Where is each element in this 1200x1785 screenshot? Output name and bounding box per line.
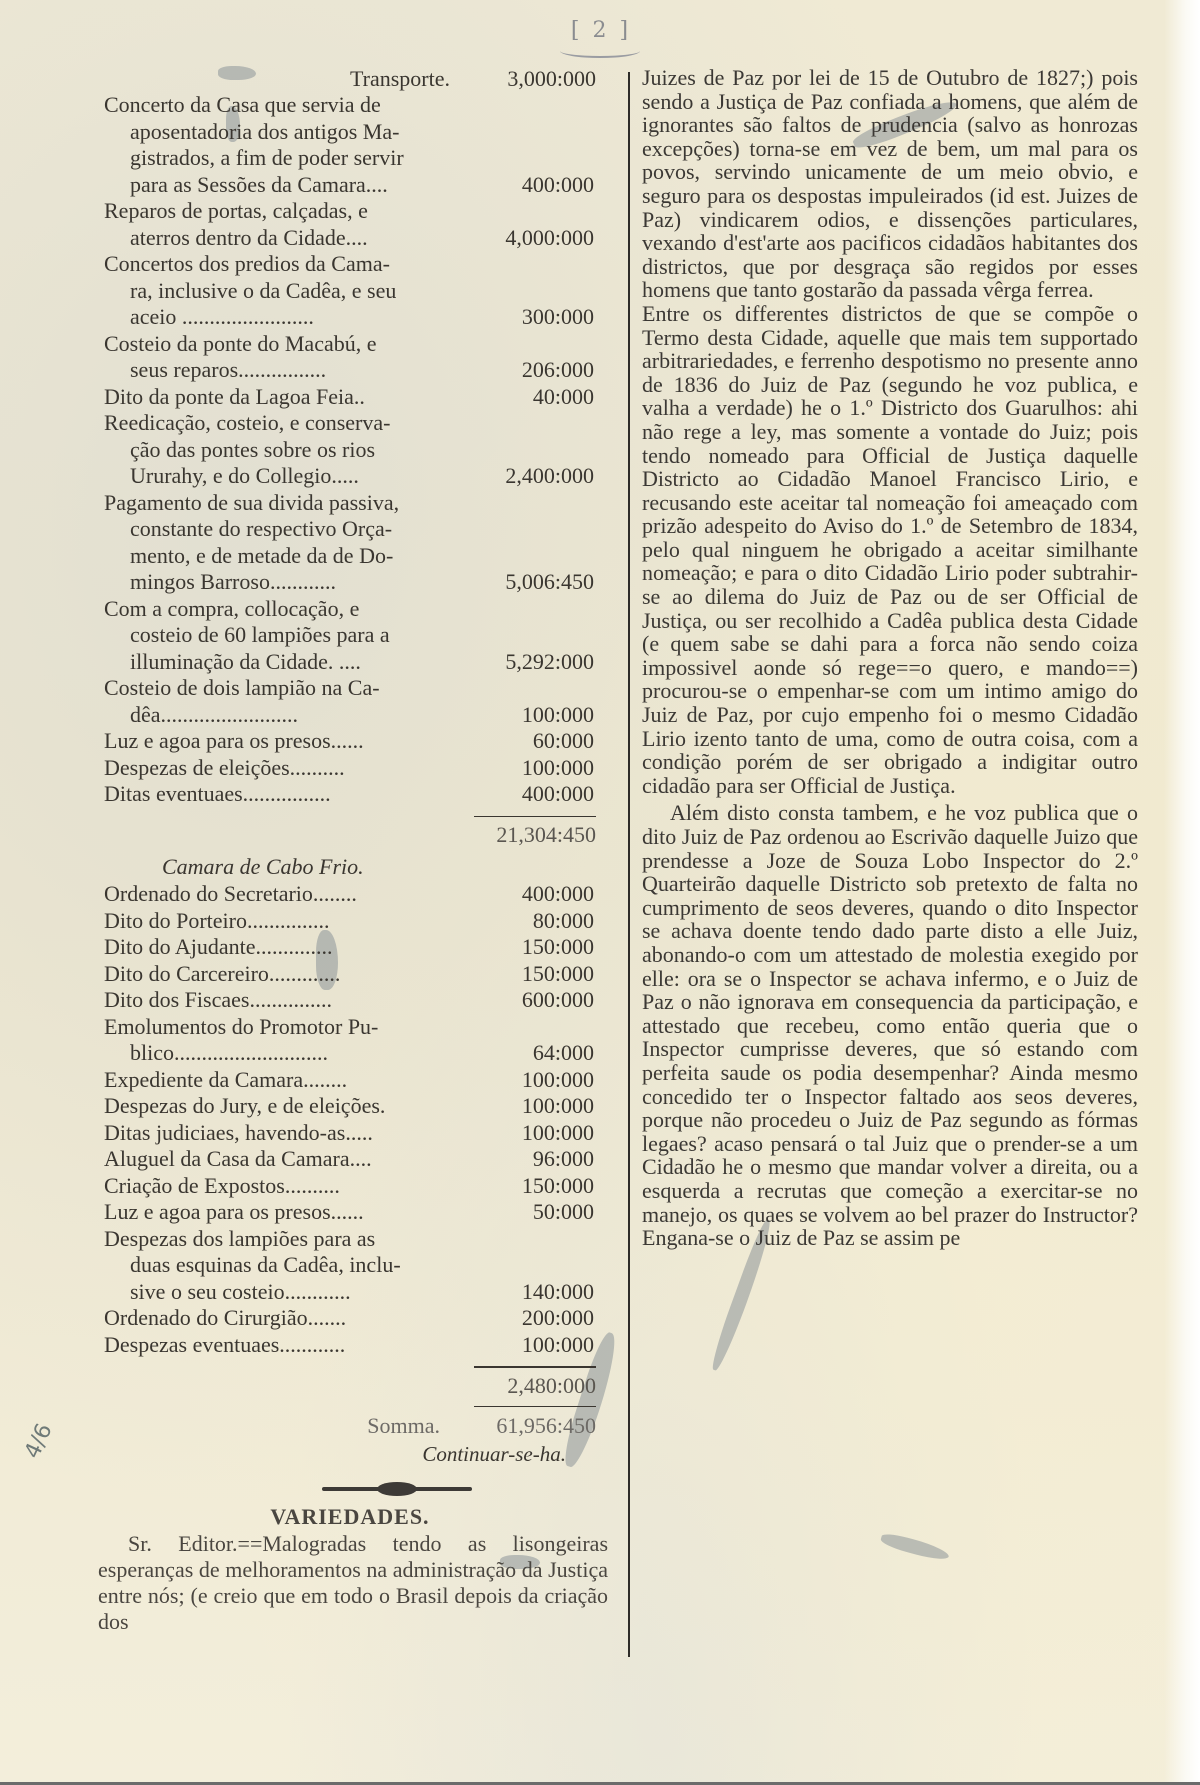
section-ornament bbox=[322, 1487, 472, 1491]
budget-column: Transporte. 3,000:000 Concerto da Casa q… bbox=[104, 66, 596, 1635]
expense-row: Reedicação, costeio, e conserva-ção das … bbox=[104, 410, 596, 490]
description-line: Com a compra, collocação, e bbox=[104, 596, 456, 623]
description-line: Despezas do Jury, e de eleições. bbox=[104, 1093, 456, 1120]
description-line: mento, e de metade da de Do- bbox=[104, 543, 456, 570]
subtotal-campos: 21,304:450 bbox=[104, 821, 596, 849]
expense-row: Expediente da Camara........100:000 bbox=[104, 1067, 596, 1094]
expense-row: Ditas judiciaes, havendo-as.....100:000 bbox=[104, 1120, 596, 1147]
description-line: aposentadoria dos antigos Ma- bbox=[104, 119, 456, 146]
description-line: Ditas judiciaes, havendo-as..... bbox=[104, 1120, 456, 1147]
description-line: costeio de 60 lampiões para a bbox=[104, 622, 456, 649]
expense-row: Luz e agoa para os presos......60:000 bbox=[104, 728, 596, 755]
description-line: aceio ........................ bbox=[104, 304, 456, 331]
expense-description: Luz e agoa para os presos...... bbox=[104, 728, 456, 755]
expense-description: Criação de Expostos.......... bbox=[104, 1173, 456, 1200]
expense-row: Reparos de portas, calçadas, eaterros de… bbox=[104, 198, 596, 251]
expense-row: Despezas de eleições..........100:000 bbox=[104, 755, 596, 782]
varieties-text: Sr. Editor.==Malogradas tendo as lisonge… bbox=[98, 1531, 608, 1635]
description-line: Dito da ponte da Lagoa Feia.. bbox=[104, 384, 456, 411]
article-paragraph-1: Juizes de Paz por lei de 15 de Outubro d… bbox=[642, 66, 1138, 302]
expense-description: Com a compra, collocação, ecosteio de 60… bbox=[104, 596, 456, 676]
expense-row: Despezas dos lampiões para asduas esquin… bbox=[104, 1226, 596, 1306]
description-line: sive o seu costeio............ bbox=[104, 1279, 456, 1306]
expense-row: Ordenado do Cirurgião.......200:000 bbox=[104, 1305, 596, 1332]
expense-amount: 64:000 bbox=[456, 1040, 596, 1067]
expense-row: Ordenado do Secretario........400:000 bbox=[104, 881, 596, 908]
expense-amount: 100:000 bbox=[456, 755, 596, 782]
expense-description: Ditas eventuaes................ bbox=[104, 781, 456, 808]
page-edge bbox=[1164, 0, 1200, 1785]
description-line: Ordenado do Secretario........ bbox=[104, 881, 456, 908]
description-line: Concertos dos predios da Cama- bbox=[104, 251, 456, 278]
description-line: Ditas eventuaes................ bbox=[104, 781, 456, 808]
expense-description: Dito do Carcereiro............. bbox=[104, 961, 456, 988]
expense-row: Luz e agoa para os presos......50:000 bbox=[104, 1199, 596, 1226]
stain bbox=[879, 1531, 950, 1563]
expense-description: Despezas eventuaes............ bbox=[104, 1332, 456, 1359]
description-line: duas esquinas da Cadêa, inclu- bbox=[104, 1252, 456, 1279]
expense-row: Despezas do Jury, e de eleições.100:000 bbox=[104, 1093, 596, 1120]
description-line: Luz e agoa para os presos...... bbox=[104, 728, 456, 755]
expense-description: Concertos dos predios da Cama-ra, inclus… bbox=[104, 251, 456, 331]
description-line: Reedicação, costeio, e conserva- bbox=[104, 410, 456, 437]
description-line: para as Sessões da Camara.... bbox=[104, 172, 456, 199]
expense-description: Costeio da ponte do Macabú, eseus reparo… bbox=[104, 331, 456, 384]
article-paragraph-3: Além disto consta tambem, e he voz publi… bbox=[642, 801, 1138, 1249]
expense-description: Ordenado do Secretario........ bbox=[104, 881, 456, 908]
expense-description: Emolumentos do Promotor Pu-blico........… bbox=[104, 1014, 456, 1067]
expense-description: Aluguel da Casa da Camara.... bbox=[104, 1146, 456, 1173]
expense-row: Dito da ponte da Lagoa Feia..40:000 bbox=[104, 384, 596, 411]
expense-amount: 100:000 bbox=[456, 1067, 596, 1094]
expense-amount: 100:000 bbox=[456, 1120, 596, 1147]
expense-amount: 150:000 bbox=[456, 1173, 596, 1200]
expense-row: Emolumentos do Promotor Pu-blico........… bbox=[104, 1014, 596, 1067]
total-rule bbox=[474, 1406, 596, 1408]
expense-description: Dito do Ajudante.............. bbox=[104, 934, 456, 961]
total-row: Somma. 61,956:450 bbox=[104, 1411, 596, 1441]
description-line: Concerto da Casa que servia de bbox=[104, 92, 456, 119]
subtotal-rule bbox=[474, 1366, 596, 1368]
total-label: Somma. bbox=[104, 1411, 456, 1441]
continue-note: Continuar-se-ha. bbox=[104, 1441, 596, 1467]
description-line: ra, inclusive o da Cadêa, e seu bbox=[104, 278, 456, 305]
expense-row: Criação de Expostos..........150:000 bbox=[104, 1173, 596, 1200]
expense-amount: 80:000 bbox=[456, 908, 596, 935]
description-line: mingos Barroso............ bbox=[104, 569, 456, 596]
expense-description: Despezas do Jury, e de eleições. bbox=[104, 1093, 456, 1120]
expense-row: Concerto da Casa que servia deaposentado… bbox=[104, 92, 596, 198]
description-line: seus reparos................ bbox=[104, 357, 456, 384]
expense-amount: 600:000 bbox=[456, 987, 596, 1014]
expense-amount: 5,006:450 bbox=[456, 569, 596, 596]
description-line: Pagamento de sua divida passiva, bbox=[104, 490, 456, 517]
description-line: illuminação da Cidade. .... bbox=[104, 649, 456, 676]
expense-description: Reedicação, costeio, e conserva-ção das … bbox=[104, 410, 456, 490]
expense-row: Com a compra, collocação, ecosteio de 60… bbox=[104, 596, 596, 676]
description-line: Luz e agoa para os presos...... bbox=[104, 1199, 456, 1226]
expense-row: Despezas eventuaes............100:000 bbox=[104, 1332, 596, 1359]
expense-amount: 400:000 bbox=[456, 172, 596, 199]
transport-label: Transporte. bbox=[104, 66, 456, 92]
expense-description: Dito dos Fiscaes............... bbox=[104, 987, 456, 1014]
varieties-heading: VARIEDADES. bbox=[104, 1503, 596, 1531]
expense-description: Dito da ponte da Lagoa Feia.. bbox=[104, 384, 456, 411]
expense-amount: 5,292:000 bbox=[456, 649, 596, 676]
description-line: Dito do Carcereiro............. bbox=[104, 961, 456, 988]
cabo-frio-expense-list: Ordenado do Secretario........400:000Dit… bbox=[104, 881, 596, 1358]
description-line: Costeio da ponte do Macabú, e bbox=[104, 331, 456, 358]
description-line: ção das pontes sobre os rios bbox=[104, 437, 456, 464]
expense-amount: 50:000 bbox=[456, 1199, 596, 1226]
expense-amount: 40:000 bbox=[456, 384, 596, 411]
expense-description: Despezas dos lampiões para asduas esquin… bbox=[104, 1226, 456, 1306]
page-number: [ 2 ] bbox=[566, 18, 636, 43]
expense-list: Concerto da Casa que servia deaposentado… bbox=[104, 92, 596, 808]
expense-amount: 100:000 bbox=[456, 1332, 596, 1359]
description-line: Dito do Ajudante.............. bbox=[104, 934, 456, 961]
expense-amount: 100:000 bbox=[456, 1093, 596, 1120]
expense-row: Pagamento de sua divida passiva,constant… bbox=[104, 490, 596, 596]
expense-description: Costeio de dois lampião na Ca-dêa.......… bbox=[104, 675, 456, 728]
section-title: Camara de Cabo Frio. bbox=[104, 853, 596, 881]
article-paragraph-2: Entre os differentes districtos de que s… bbox=[642, 302, 1138, 797]
description-line: Expediente da Camara........ bbox=[104, 1067, 456, 1094]
expense-amount: 100:000 bbox=[456, 702, 596, 729]
page-number-ornament bbox=[560, 44, 640, 58]
description-line: aterros dentro da Cidade.... bbox=[104, 225, 456, 252]
expense-row: Concertos dos predios da Cama-ra, inclus… bbox=[104, 251, 596, 331]
description-line: blico............................ bbox=[104, 1040, 456, 1067]
subtotal-rule bbox=[474, 816, 596, 818]
newspaper-page: [ 2 ] Transporte. 3,000:000 Concerto da … bbox=[0, 0, 1200, 1785]
expense-amount: 4,000:000 bbox=[456, 225, 596, 252]
description-line: dêa......................... bbox=[104, 702, 456, 729]
expense-row: Costeio da ponte do Macabú, eseus reparo… bbox=[104, 331, 596, 384]
expense-description: Reparos de portas, calçadas, eaterros de… bbox=[104, 198, 456, 251]
expense-description: Luz e agoa para os presos...... bbox=[104, 1199, 456, 1226]
description-line: constante do respectivo Orça- bbox=[104, 516, 456, 543]
transport-row: Transporte. 3,000:000 bbox=[104, 66, 596, 92]
expense-description: Dito do Porteiro............... bbox=[104, 908, 456, 935]
expense-row: Dito do Porteiro...............80:000 bbox=[104, 908, 596, 935]
description-line: Ordenado do Cirurgião....... bbox=[104, 1305, 456, 1332]
expense-description: Despezas de eleições.......... bbox=[104, 755, 456, 782]
expense-amount: 400:000 bbox=[456, 781, 596, 808]
subtotal-cabo-frio: 2,480:000 bbox=[104, 1372, 596, 1400]
expense-row: Aluguel da Casa da Camara....96:000 bbox=[104, 1146, 596, 1173]
handwritten-margin-note: 4/6 bbox=[20, 1420, 58, 1463]
description-line: Despezas de eleições.......... bbox=[104, 755, 456, 782]
description-line: Despezas eventuaes............ bbox=[104, 1332, 456, 1359]
expense-amount: 200:000 bbox=[456, 1305, 596, 1332]
description-line: Reparos de portas, calçadas, e bbox=[104, 198, 456, 225]
expense-amount: 2,400:000 bbox=[456, 463, 596, 490]
article-column: Juizes de Paz por lei de 15 de Outubro d… bbox=[642, 66, 1138, 1250]
description-line: Aluguel da Casa da Camara.... bbox=[104, 1146, 456, 1173]
description-line: gistrados, a fim de poder servir bbox=[104, 145, 456, 172]
description-line: Emolumentos do Promotor Pu- bbox=[104, 1014, 456, 1041]
expense-amount: 150:000 bbox=[456, 961, 596, 988]
description-line: Ururahy, e do Collegio..... bbox=[104, 463, 456, 490]
expense-description: Ordenado do Cirurgião....... bbox=[104, 1305, 456, 1332]
expense-row: Ditas eventuaes................400:000 bbox=[104, 781, 596, 808]
column-divider bbox=[628, 72, 630, 1657]
expense-row: Costeio de dois lampião na Ca-dêa.......… bbox=[104, 675, 596, 728]
expense-description: Ditas judiciaes, havendo-as..... bbox=[104, 1120, 456, 1147]
expense-row: Dito do Carcereiro.............150:000 bbox=[104, 961, 596, 988]
varieties-paragraph: Sr. Editor.==Malogradas tendo as lisonge… bbox=[98, 1531, 608, 1635]
description-line: Costeio de dois lampião na Ca- bbox=[104, 675, 456, 702]
expense-description: Expediente da Camara........ bbox=[104, 1067, 456, 1094]
expense-amount: 150:000 bbox=[456, 934, 596, 961]
expense-description: Pagamento de sua divida passiva,constant… bbox=[104, 490, 456, 596]
expense-amount: 400:000 bbox=[456, 881, 596, 908]
expense-amount: 60:000 bbox=[456, 728, 596, 755]
expense-description: Concerto da Casa que servia deaposentado… bbox=[104, 92, 456, 198]
expense-row: Dito dos Fiscaes...............600:000 bbox=[104, 987, 596, 1014]
transport-amount: 3,000:000 bbox=[456, 66, 596, 92]
description-line: Dito dos Fiscaes............... bbox=[104, 987, 456, 1014]
expense-amount: 206:000 bbox=[456, 357, 596, 384]
expense-amount: 300:000 bbox=[456, 304, 596, 331]
expense-amount: 140:000 bbox=[456, 1279, 596, 1306]
description-line: Criação de Expostos.......... bbox=[104, 1173, 456, 1200]
total-amount: 61,956:450 bbox=[456, 1411, 596, 1441]
expense-amount: 96:000 bbox=[456, 1146, 596, 1173]
description-line: Dito do Porteiro............... bbox=[104, 908, 456, 935]
description-line: Despezas dos lampiões para as bbox=[104, 1226, 456, 1253]
expense-row: Dito do Ajudante..............150:000 bbox=[104, 934, 596, 961]
